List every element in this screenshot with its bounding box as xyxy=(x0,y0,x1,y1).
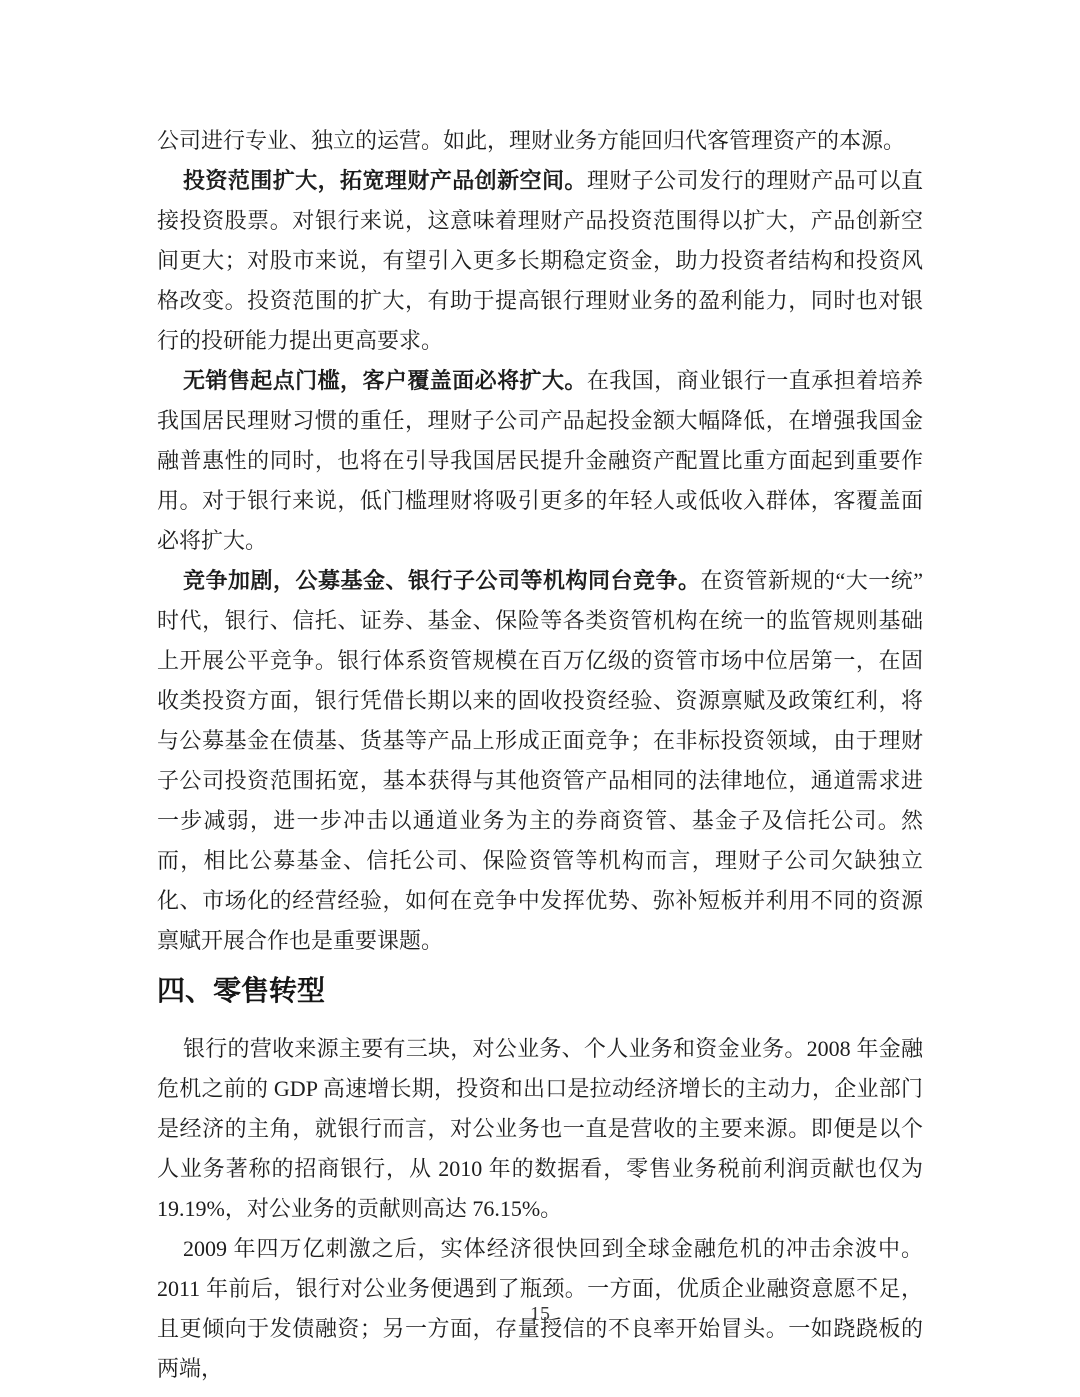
paragraph: 投资范围扩大，拓宽理财产品创新空间。理财子公司发行的理财产品可以直接投资股票。对… xyxy=(157,161,923,361)
paragraph: 公司进行专业、独立的运营。如此，理财业务方能回归代客管理资产的本源。 xyxy=(157,121,923,161)
paragraph: 竞争加剧，公募基金、银行子公司等机构同台竞争。在资管新规的“大一统”时代，银行、… xyxy=(157,561,923,961)
paragraph: 无销售起点门槛，客户覆盖面必将扩大。在我国，商业银行一直承担着培养我国居民理财习… xyxy=(157,361,923,561)
paragraph-lead: 无销售起点门槛，客户覆盖面必将扩大。 xyxy=(183,368,587,393)
paragraph: 银行的营收来源主要有三块，对公业务、个人业务和资金业务。2008 年金融危机之前… xyxy=(157,1029,923,1229)
page-body: 公司进行专业、独立的运营。如此，理财业务方能回归代客管理资产的本源。 投资范围扩… xyxy=(157,121,923,1389)
page-number: 15 xyxy=(530,1303,550,1325)
page-footer: 15 xyxy=(0,1300,1080,1328)
paragraph-text: 理财子公司发行的理财产品可以直接投资股票。对银行来说，这意味着理财产品投资范围得… xyxy=(157,168,923,353)
paragraph-lead: 竞争加剧，公募基金、银行子公司等机构同台竞争。 xyxy=(183,568,700,593)
paragraph-text: 银行的营收来源主要有三块，对公业务、个人业务和资金业务。2008 年金融危机之前… xyxy=(157,1036,923,1221)
paragraph-text: 公司进行专业、独立的运营。如此，理财业务方能回归代客管理资产的本源。 xyxy=(157,128,905,153)
paragraph-text: 在我国，商业银行一直承担着培养我国居民理财习惯的重任，理财子公司产品起投金额大幅… xyxy=(157,368,923,553)
section-heading: 四、零售转型 xyxy=(157,971,923,1013)
paragraph-lead: 投资范围扩大，拓宽理财产品创新空间。 xyxy=(183,168,587,193)
paragraph-text: 在资管新规的“大一统”时代，银行、信托、证券、基金、保险等各类资管机构在统一的监… xyxy=(157,568,923,953)
